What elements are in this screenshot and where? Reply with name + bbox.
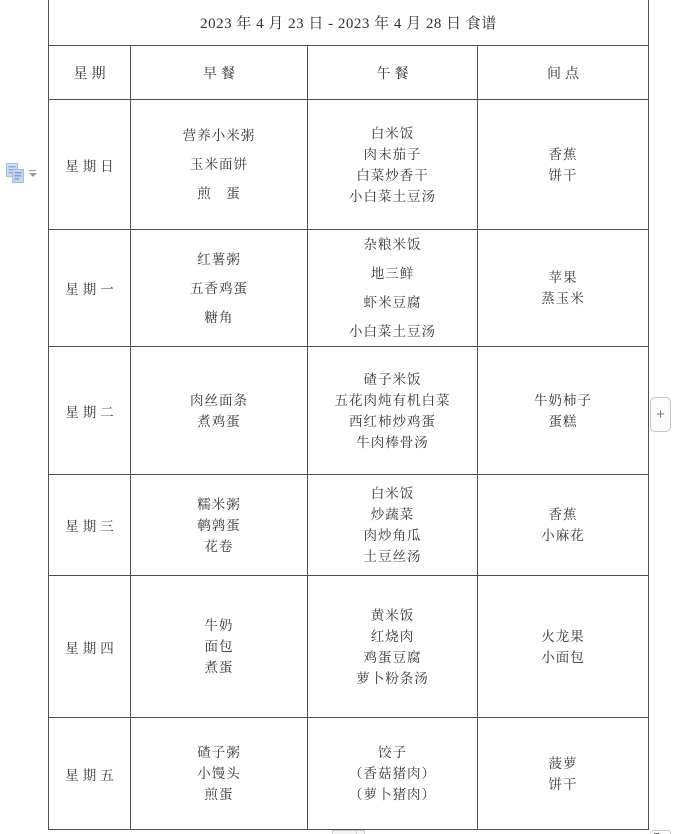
menu-item: 牛肉棒骨汤 bbox=[308, 432, 477, 453]
menu-item: 西红柿炒鸡蛋 bbox=[308, 411, 477, 432]
menu-item: 白菜炒香干 bbox=[308, 165, 477, 186]
menu-item: 小馒头 bbox=[131, 763, 307, 784]
menu-item: 香蕉 bbox=[478, 144, 648, 165]
cell-breakfast[interactable]: 肉丝面条煮鸡蛋 bbox=[131, 347, 308, 475]
menu-item: 鸡蛋豆腐 bbox=[308, 647, 477, 668]
cell-lunch[interactable]: 白米饭炒蔬菜肉炒角瓜土豆丝汤 bbox=[308, 475, 478, 576]
menu-item: 饼干 bbox=[478, 165, 648, 186]
cell-snack[interactable]: 火龙果小面包 bbox=[478, 576, 649, 718]
menu-table: 2023 年 4 月 23 日 - 2023 年 4 月 28 日 食谱 星期早… bbox=[48, 0, 649, 830]
plus-icon: + bbox=[656, 407, 665, 422]
menu-item: 香蕉 bbox=[478, 504, 648, 525]
menu-item: 糯米粥 bbox=[131, 494, 307, 515]
menu-item: 肉末茄子 bbox=[308, 144, 477, 165]
table-row: 星期三糯米粥鹌鹑蛋花卷白米饭炒蔬菜肉炒角瓜土豆丝汤香蕉小麻花 bbox=[49, 475, 649, 576]
menu-item: 营养小米粥 bbox=[131, 121, 307, 150]
cell-lunch[interactable]: 饺子（香菇猪肉）（萝卜猪肉） bbox=[308, 718, 478, 830]
menu-item: 花卷 bbox=[131, 536, 307, 557]
menu-item: 煎蛋 bbox=[131, 784, 307, 805]
menu-item: 红薯粥 bbox=[131, 245, 307, 274]
menu-item: 煎 蛋 bbox=[131, 179, 307, 208]
menu-item: 饼干 bbox=[478, 774, 648, 795]
menu-item: 肉丝面条 bbox=[131, 390, 307, 411]
cell-lunch[interactable]: 黄米饭红烧肉鸡蛋豆腐萝卜粉条汤 bbox=[308, 576, 478, 718]
menu-item: 小麻花 bbox=[478, 525, 648, 546]
cell-day[interactable]: 星期日 bbox=[49, 100, 131, 230]
menu-item: 白米饭 bbox=[308, 123, 477, 144]
menu-item: 玉米面饼 bbox=[131, 150, 307, 179]
menu-item: 黄米饭 bbox=[308, 605, 477, 626]
menu-item: （萝卜猪肉） bbox=[308, 784, 477, 805]
cell-breakfast[interactable]: 牛奶面包煮蛋 bbox=[131, 576, 308, 718]
menu-item: 碴子米饭 bbox=[308, 369, 477, 390]
menu-item: 虾米豆腐 bbox=[308, 288, 477, 317]
header-lunch[interactable]: 午餐 bbox=[308, 46, 478, 100]
menu-item: 火龙果 bbox=[478, 626, 648, 647]
menu-item: 面包 bbox=[131, 636, 307, 657]
header-snack[interactable]: 间点 bbox=[478, 46, 649, 100]
page-title[interactable]: 2023 年 4 月 23 日 - 2023 年 4 月 28 日 食谱 bbox=[49, 0, 649, 46]
menu-item: 土豆丝汤 bbox=[308, 546, 477, 567]
menu-item: 饺子 bbox=[308, 742, 477, 763]
cell-snack[interactable]: 苹果蒸玉米 bbox=[478, 230, 649, 347]
cell-snack[interactable]: 菠萝饼干 bbox=[478, 718, 649, 830]
cell-snack[interactable]: 香蕉小麻花 bbox=[478, 475, 649, 576]
menu-item: 蛋糕 bbox=[478, 411, 648, 432]
cell-breakfast[interactable]: 糯米粥鹌鹑蛋花卷 bbox=[131, 475, 308, 576]
header-day[interactable]: 星期 bbox=[49, 46, 131, 100]
menu-item: 菠萝 bbox=[478, 753, 648, 774]
cell-day[interactable]: 星期二 bbox=[49, 347, 131, 475]
cell-lunch[interactable]: 碴子米饭五花肉炖有机白菜西红柿炒鸡蛋牛肉棒骨汤 bbox=[308, 347, 478, 475]
menu-item: 苹果 bbox=[478, 267, 648, 288]
cell-snack[interactable]: 香蕉饼干 bbox=[478, 100, 649, 230]
cell-day[interactable]: 星期一 bbox=[49, 230, 131, 347]
header-row: 星期早餐午餐间点 bbox=[49, 46, 649, 100]
menu-item: （香菇猪肉） bbox=[308, 763, 477, 784]
menu-item: 萝卜粉条汤 bbox=[308, 668, 477, 689]
menu-item: 白米饭 bbox=[308, 483, 477, 504]
table-row: 星期四牛奶面包煮蛋黄米饭红烧肉鸡蛋豆腐萝卜粉条汤火龙果小面包 bbox=[49, 576, 649, 718]
menu-item: 炒蔬菜 bbox=[308, 504, 477, 525]
menu-item: 牛奶 bbox=[131, 615, 307, 636]
menu-item: 牛奶柿子 bbox=[478, 390, 648, 411]
menu-item: 蒸玉米 bbox=[478, 288, 648, 309]
table-row: 星期一红薯粥五香鸡蛋糖角杂粮米饭地三鲜虾米豆腐小白菜土豆汤苹果蒸玉米 bbox=[49, 230, 649, 347]
cell-breakfast[interactable]: 碴子粥小馒头煎蛋 bbox=[131, 718, 308, 830]
plus-button[interactable]: + bbox=[650, 397, 671, 432]
cell-lunch[interactable]: 杂粮米饭地三鲜虾米豆腐小白菜土豆汤 bbox=[308, 230, 478, 347]
menu-item: 地三鲜 bbox=[308, 259, 477, 288]
cell-day[interactable]: 星期四 bbox=[49, 576, 131, 718]
title-row: 2023 年 4 月 23 日 - 2023 年 4 月 28 日 食谱 bbox=[49, 0, 649, 46]
cell-day[interactable]: 星期五 bbox=[49, 718, 131, 830]
header-breakfast[interactable]: 早餐 bbox=[131, 46, 308, 100]
table-row: 星期五碴子粥小馒头煎蛋饺子（香菇猪肉）（萝卜猪肉）菠萝饼干 bbox=[49, 718, 649, 830]
menu-item: 煮鸡蛋 bbox=[131, 411, 307, 432]
partial-button-bottom-center[interactable] bbox=[332, 830, 365, 834]
menu-item: 五香鸡蛋 bbox=[131, 274, 307, 303]
menu-item: 碴子粥 bbox=[131, 742, 307, 763]
cell-day[interactable]: 星期三 bbox=[49, 475, 131, 576]
cell-lunch[interactable]: 白米饭肉末茄子白菜炒香干小白菜土豆汤 bbox=[308, 100, 478, 230]
cell-breakfast[interactable]: 营养小米粥玉米面饼煎 蛋 bbox=[131, 100, 308, 230]
cell-snack[interactable]: 牛奶柿子蛋糕 bbox=[478, 347, 649, 475]
menu-item: 肉炒角瓜 bbox=[308, 525, 477, 546]
table-row: 星期二肉丝面条煮鸡蛋碴子米饭五花肉炖有机白菜西红柿炒鸡蛋牛肉棒骨汤牛奶柿子蛋糕 bbox=[49, 347, 649, 475]
menu-item: 煮蛋 bbox=[131, 657, 307, 678]
menu-item: 杂粮米饭 bbox=[308, 230, 477, 259]
menu-item: 五花肉炖有机白菜 bbox=[308, 390, 477, 411]
chevron-down-icon[interactable] bbox=[28, 170, 37, 177]
menu-item: 鹌鹑蛋 bbox=[131, 515, 307, 536]
paste-options-button[interactable] bbox=[5, 162, 37, 184]
menu-item: 小面包 bbox=[478, 647, 648, 668]
cell-breakfast[interactable]: 红薯粥五香鸡蛋糖角 bbox=[131, 230, 308, 347]
menu-item: 小白菜土豆汤 bbox=[308, 186, 477, 207]
menu-item: 小白菜土豆汤 bbox=[308, 317, 477, 346]
menu-item: 红烧肉 bbox=[308, 626, 477, 647]
partial-button-bottom-right[interactable] bbox=[650, 830, 671, 834]
table-row: 星期日营养小米粥玉米面饼煎 蛋白米饭肉末茄子白菜炒香干小白菜土豆汤香蕉饼干 bbox=[49, 100, 649, 230]
menu-item: 糖角 bbox=[131, 303, 307, 332]
